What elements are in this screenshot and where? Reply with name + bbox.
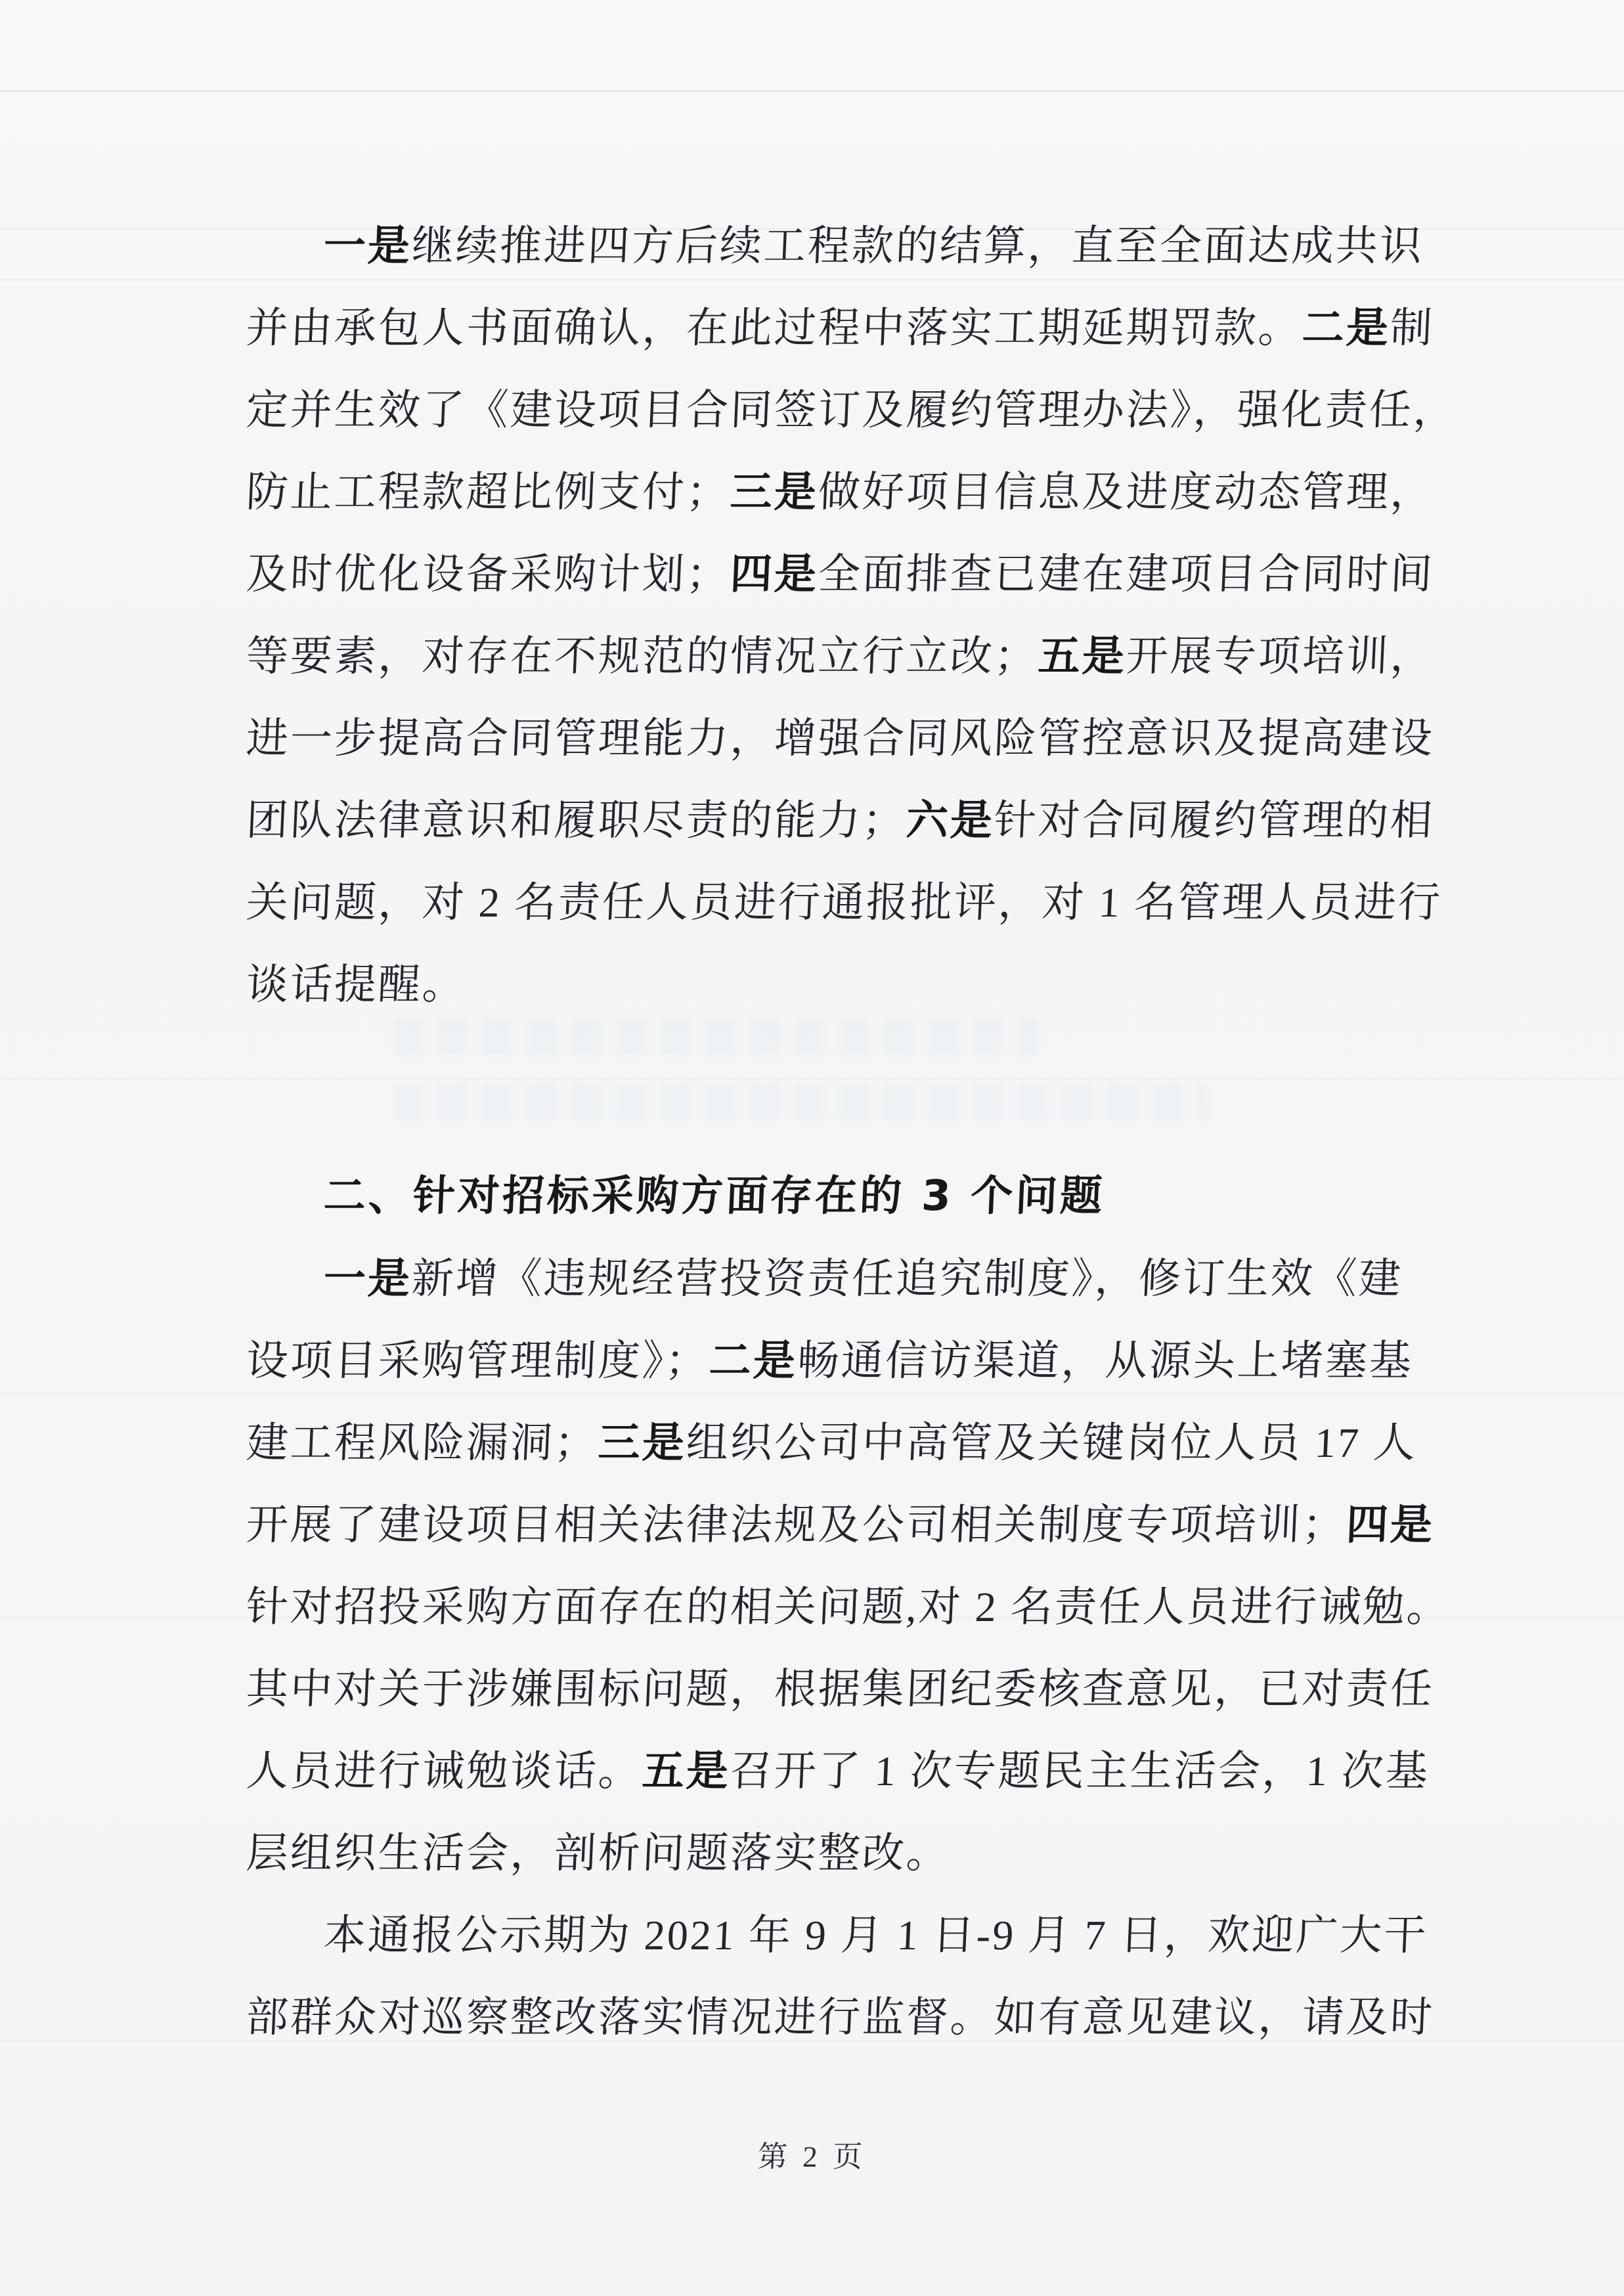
text-run: 开展专项培训，: [1125, 633, 1435, 680]
text-run: 针对招投采购方面存在的相关问题,对 2 名责任人员进行诫勉。: [245, 1584, 1451, 1630]
text-run: 谈话提醒。: [245, 961, 467, 1008]
text-run: 进一步提高合同管理能力，增强合同风险管控意识及提高建设: [245, 715, 1435, 762]
text-run: 开展了建设项目相关法律法规及公司相关制度专项培训；: [245, 1502, 1347, 1548]
text-line: 层组织生活会，剖析问题落实整改。: [244, 1812, 1402, 1894]
text-run: 组织公司中高管及关键岗位人员 17 人: [685, 1419, 1418, 1466]
text-line: 其中对关于涉嫌围标问题，根据集团纪委核查意见，已对责任: [244, 1648, 1402, 1730]
bold-run: 六是: [905, 796, 995, 845]
text-line: 人员进行诫勉谈话。五是召开了 1 次专题民主生活会，1 次基: [244, 1730, 1402, 1812]
bold-run: 四是: [1345, 1501, 1435, 1549]
paragraph-contract-rectification: 一是继续推进四方后续工程款的结算，直至全面达成共识 并由承包人书面确认，在此过程…: [246, 205, 1401, 1026]
text-run: 召开了 1 次专题民主生活会，1 次基: [729, 1748, 1430, 1794]
text-run: 继续推进四方后续工程款的结算，直至全面达成共识: [410, 223, 1424, 269]
text-run: 新增《违规经营投资责任追究制度》，修订生效《建: [410, 1255, 1403, 1302]
text-line: 进一步提高合同管理能力，增强合同风险管控意识及提高建设: [244, 697, 1402, 779]
text-line: 一是继续推进四方后续工程款的结算，直至全面达成共识: [244, 205, 1402, 287]
bold-run: 一是: [322, 222, 412, 271]
text-run: 部群众对巡察整改落实情况进行监督。如有意见建议，请及时: [245, 1994, 1435, 2041]
scan-artifact-line: [0, 91, 1624, 92]
bold-run: 五是: [641, 1747, 731, 1796]
bold-run: 三是: [729, 468, 819, 517]
bold-run: 一是: [322, 1255, 412, 1303]
text-run: 关问题，对 2 名责任人员进行通报批评，对 1 名管理人员进行: [245, 879, 1443, 926]
page-number: 第 2 页: [0, 2137, 1624, 2177]
text-run: 设项目采购管理制度》；: [245, 1337, 710, 1384]
text-line: 设项目采购管理制度》；二是畅通信访渠道，从源头上堵塞基: [244, 1320, 1402, 1402]
text-run: 全面排查已建在建项目合同时间: [817, 551, 1435, 597]
text-run: 做好项目信息及进度动态管理，: [817, 469, 1435, 515]
text-line: 谈话提醒。: [244, 943, 1402, 1026]
text-run: 并由承包人书面确认，在此过程中落实工期延期罚款。: [245, 305, 1303, 351]
text-run: 人员进行诫勉谈话。: [245, 1748, 643, 1794]
text-run: 防止工程款超比例支付；: [245, 469, 731, 515]
text-line: 及时优化设备采购计划；四是全面排查已建在建项目合同时间: [244, 533, 1402, 615]
text-line: 建工程风险漏洞；三是组织公司中高管及关键岗位人员 17 人: [244, 1402, 1402, 1484]
text-line: 开展了建设项目相关法律法规及公司相关制度专项培训；四是: [244, 1484, 1402, 1566]
text-run: 定并生效了《建设项目合同签订及履约管理办法》，强化责任，: [245, 387, 1458, 433]
text-line: 针对招投采购方面存在的相关问题,对 2 名责任人员进行诫勉。: [244, 1566, 1402, 1648]
text-run: 层组织生活会，剖析问题落实整改。: [245, 1830, 951, 1876]
section-heading-bidding-procurement: 二、针对招标采购方面存在的 3 个问题: [244, 1156, 1402, 1238]
text-run: 本通报公示期为 2021 年 9 月 1 日-9 月 7 日，欢迎广大干: [322, 1912, 1428, 1959]
text-run: 等要素，对存在不规范的情况立行立改；: [245, 633, 1039, 680]
bold-run: 三是: [597, 1419, 687, 1467]
text-line: 等要素，对存在不规范的情况立行立改；五是开展专项培训，: [244, 615, 1402, 697]
paragraph-public-notice-period: 本通报公示期为 2021 年 9 月 1 日-9 月 7 日，欢迎广大干 部群众…: [246, 1894, 1401, 2058]
text-run: 制: [1389, 305, 1435, 351]
bold-run: 五是: [1037, 632, 1127, 681]
text-run: 及时优化设备采购计划；: [245, 551, 731, 597]
paragraph-bidding-rectification: 一是新增《违规经营投资责任追究制度》，修订生效《建 设项目采购管理制度》；二是畅…: [246, 1238, 1401, 1894]
scanned-document-page: 一是继续推进四方后续工程款的结算，直至全面达成共识 并由承包人书面确认，在此过程…: [0, 0, 1624, 2296]
bold-run: 二是: [1301, 304, 1391, 353]
text-line: 部群众对巡察整改落实情况进行监督。如有意见建议，请及时: [244, 1976, 1402, 2058]
bold-run: 四是: [729, 550, 819, 599]
text-run: 畅通信访渠道，从源头上堵塞基: [796, 1337, 1414, 1384]
text-line: 并由承包人书面确认，在此过程中落实工期延期罚款。二是制: [244, 287, 1402, 369]
text-run: 其中对关于涉嫌围标问题，根据集团纪委核查意见，已对责任: [245, 1666, 1435, 1712]
text-run: 团队法律意识和履职尽责的能力；: [245, 797, 907, 844]
text-line: 团队法律意识和履职尽责的能力；六是针对合同履约管理的相: [244, 779, 1402, 861]
text-line: 定并生效了《建设项目合同签订及履约管理办法》，强化责任，: [244, 369, 1402, 451]
bold-run: 二是: [708, 1337, 798, 1385]
text-line: 一是新增《违规经营投资责任追究制度》，修订生效《建: [244, 1238, 1402, 1320]
text-line: 防止工程款超比例支付；三是做好项目信息及进度动态管理，: [244, 451, 1402, 533]
text-run: 建工程风险漏洞；: [245, 1419, 599, 1466]
document-body: 一是继续推进四方后续工程款的结算，直至全面达成共识 并由承包人书面确认，在此过程…: [246, 205, 1401, 2058]
text-line: 关问题，对 2 名责任人员进行通报批评，对 1 名管理人员进行: [244, 861, 1402, 943]
text-run: 针对合同履约管理的相: [993, 797, 1435, 844]
text-line: 本通报公示期为 2021 年 9 月 1 日-9 月 7 日，欢迎广大干: [244, 1894, 1402, 1976]
